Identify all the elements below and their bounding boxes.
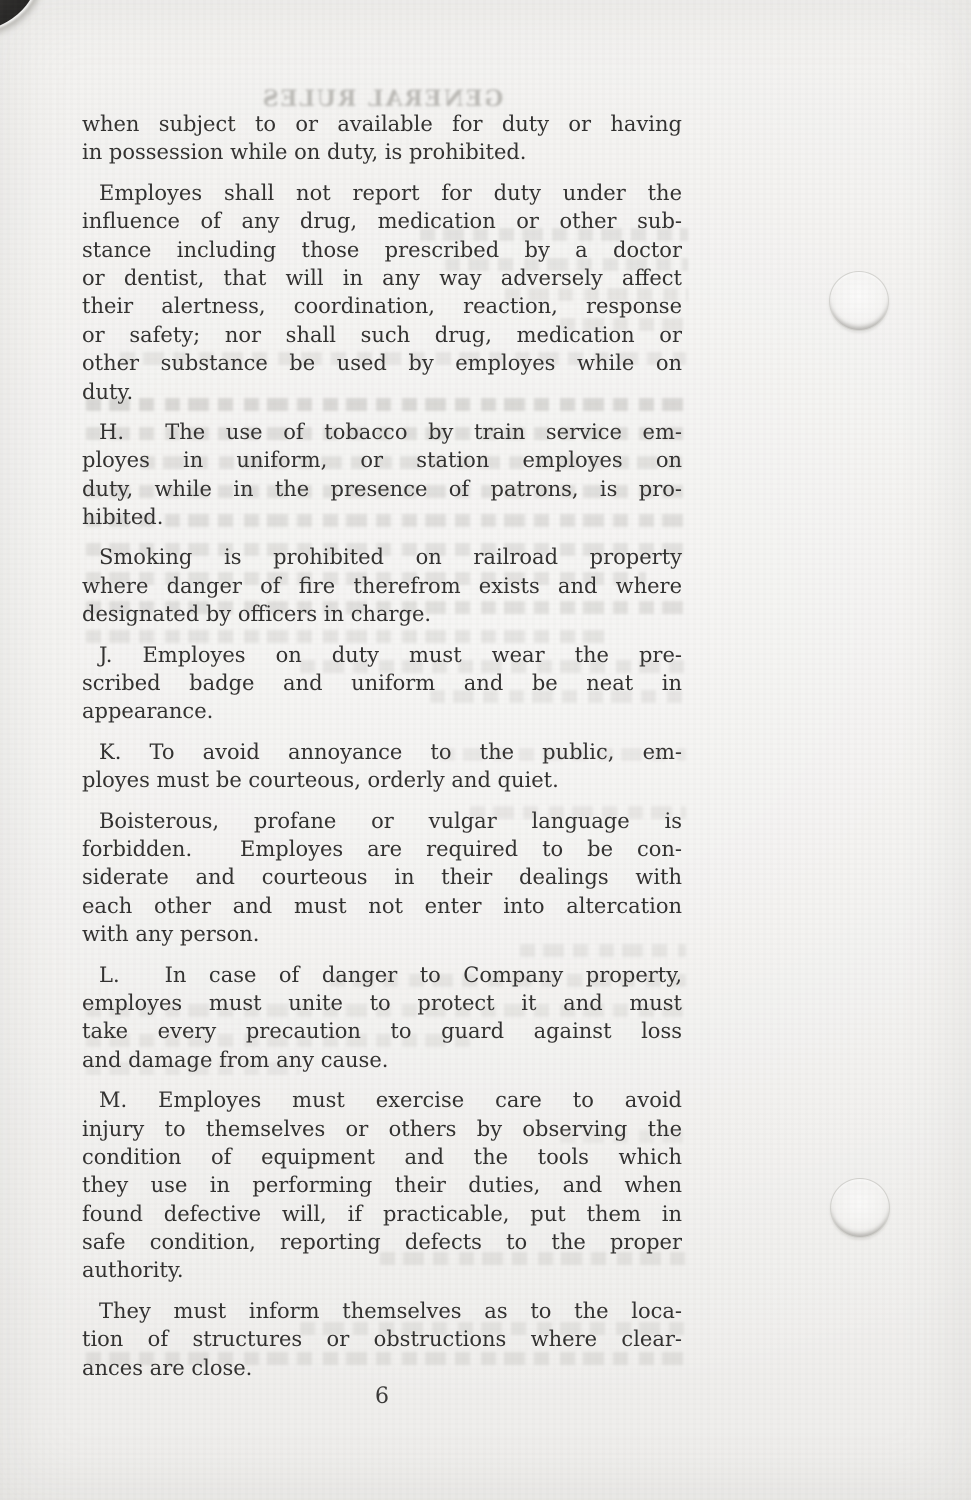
text-line: and damage from any cause. [82,1046,682,1074]
text-line: take every precaution to guard against l… [82,1017,682,1045]
punch-hole-bottom [830,1178,890,1238]
text-line: tion of structures or obstructions where… [82,1325,682,1353]
page-number: 6 [82,1384,682,1409]
text-line: influence of any drug, medication or oth… [82,207,682,235]
text-line: duty. [82,378,682,406]
text-line: or dentist, that will in any way adverse… [82,264,682,292]
text-line: in possession while on duty, is prohibit… [82,138,682,166]
text-line: injury to themselves or others by observ… [82,1115,682,1143]
text-line: hibited. [82,503,682,531]
paragraph: J. Employes on duty must wear the pre-sc… [82,641,682,726]
punch-hole-top [829,271,889,331]
text-line: Boisterous, profane or vulgar language i… [82,807,682,835]
text-line: their alertness, coordination, reaction,… [82,292,682,320]
text-line: condition of equipment and the tools whi… [82,1143,682,1171]
text-line: ployes in uniform, or station employes o… [82,446,682,474]
text-line: each other and must not enter into alter… [82,892,682,920]
text-line: ances are close. [82,1354,682,1382]
text-line: siderate and courteous in their dealings… [82,863,682,891]
text-line: other substance be used by employes whil… [82,349,682,377]
text-line: with any person. [82,920,682,948]
text-line: appearance. [82,697,682,725]
text-line: Smoking is prohibited on railroad proper… [82,543,682,571]
text-line: employes must unite to protect it and mu… [82,989,682,1017]
text-line: stance including those prescribed by a d… [82,236,682,264]
paragraph: when subject to or available for duty or… [82,110,682,167]
page-corner-curl [0,0,38,32]
paragraph: They must inform themselves as to the lo… [82,1297,682,1382]
text-line: L. In case of danger to Company property… [82,961,682,989]
text-line: forbidden. Employes are required to be c… [82,835,682,863]
bleedthrough-heading: GENERAL RULES [82,86,682,112]
text-line: they use in performing their duties, and… [82,1171,682,1199]
paragraph: Boisterous, profane or vulgar language i… [82,807,682,949]
paragraph: H. The use of tobacco by train service e… [82,418,682,532]
text-line: when subject to or available for duty or… [82,110,682,138]
text-line: designated by officers in charge. [82,600,682,628]
text-line: duty, while in the presence of patrons, … [82,475,682,503]
text-line: found defective will, if practicable, pu… [82,1200,682,1228]
text-block: when subject to or available for duty or… [82,110,682,1394]
text-line: M. Employes must exercise care to avoid [82,1086,682,1114]
scanned-page: GENERAL RULES when subject to or availab… [0,0,971,1500]
paragraph: K. To avoid annoyance to the public, em-… [82,738,682,795]
text-line: ployes must be courteous, orderly and qu… [82,766,682,794]
text-line: where danger of fire therefrom exists an… [82,572,682,600]
paragraph: Smoking is prohibited on railroad proper… [82,543,682,628]
text-line: or safety; nor shall such drug, medicati… [82,321,682,349]
text-line: authority. [82,1256,682,1284]
paragraph: Employes shall not report for duty under… [82,179,682,406]
paragraph: L. In case of danger to Company property… [82,961,682,1075]
text-line: K. To avoid annoyance to the public, em- [82,738,682,766]
text-line: J. Employes on duty must wear the pre- [82,641,682,669]
text-line: H. The use of tobacco by train service e… [82,418,682,446]
text-line: Employes shall not report for duty under… [82,179,682,207]
paragraph: M. Employes must exercise care to avoidi… [82,1086,682,1285]
text-line: safe condition, reporting defects to the… [82,1228,682,1256]
text-line: scribed badge and uniform and be neat in [82,669,682,697]
text-line: They must inform themselves as to the lo… [82,1297,682,1325]
